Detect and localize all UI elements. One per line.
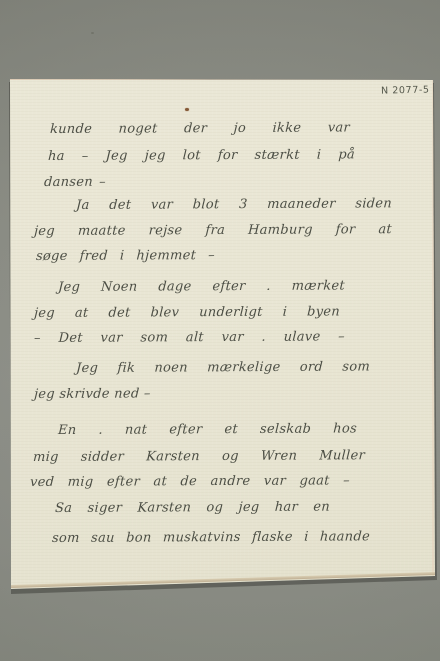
ink-stain xyxy=(185,108,189,111)
handwritten-line: Ja det var blot 3 maaneder siden xyxy=(76,196,393,213)
handwritten-line: kunde noget der jo ikke var xyxy=(50,120,351,137)
handwritten-line: ved mig efter at de andre var gaat – xyxy=(30,473,351,490)
paper-edge-top xyxy=(10,79,433,80)
handwritten-line: Jeg fik noen mærkelige ord som xyxy=(76,359,371,376)
handwritten-line: En . nat efter et selskab hos xyxy=(58,421,358,438)
handwritten-line: dansen – xyxy=(44,175,107,190)
archival-number: N 2077-5 xyxy=(381,84,433,96)
handwritten-line: søge fred i hjemmet – xyxy=(36,248,216,264)
handwritten-line: som sau bon muskatvins flaske i haande xyxy=(52,529,371,546)
handwritten-line: Sa siger Karsten og jeg har en xyxy=(55,500,331,516)
handwritten-line: jeg skrivde ned – xyxy=(34,386,146,402)
letter-page: N 2077-5 kunde noget der jo ikke var ha … xyxy=(0,0,440,661)
handwritten-line: Jeg Noen dage efter . mærket xyxy=(58,278,346,295)
background-speck xyxy=(91,32,94,34)
handwritten-line: – Det var som alt var . ulave – xyxy=(34,329,346,346)
photo-background: N 2077-5 kunde noget der jo ikke var ha … xyxy=(0,0,440,661)
handwritten-line: mig sidder Karsten og Wren Muller xyxy=(33,448,366,465)
handwritten-line: jeg at det blev underligt i byen xyxy=(34,304,341,321)
handwritten-line: jeg maatte rejse fra Hamburg for at xyxy=(34,222,393,239)
handwritten-line: ha – Jeg jeg lot for stærkt i på xyxy=(48,147,356,164)
